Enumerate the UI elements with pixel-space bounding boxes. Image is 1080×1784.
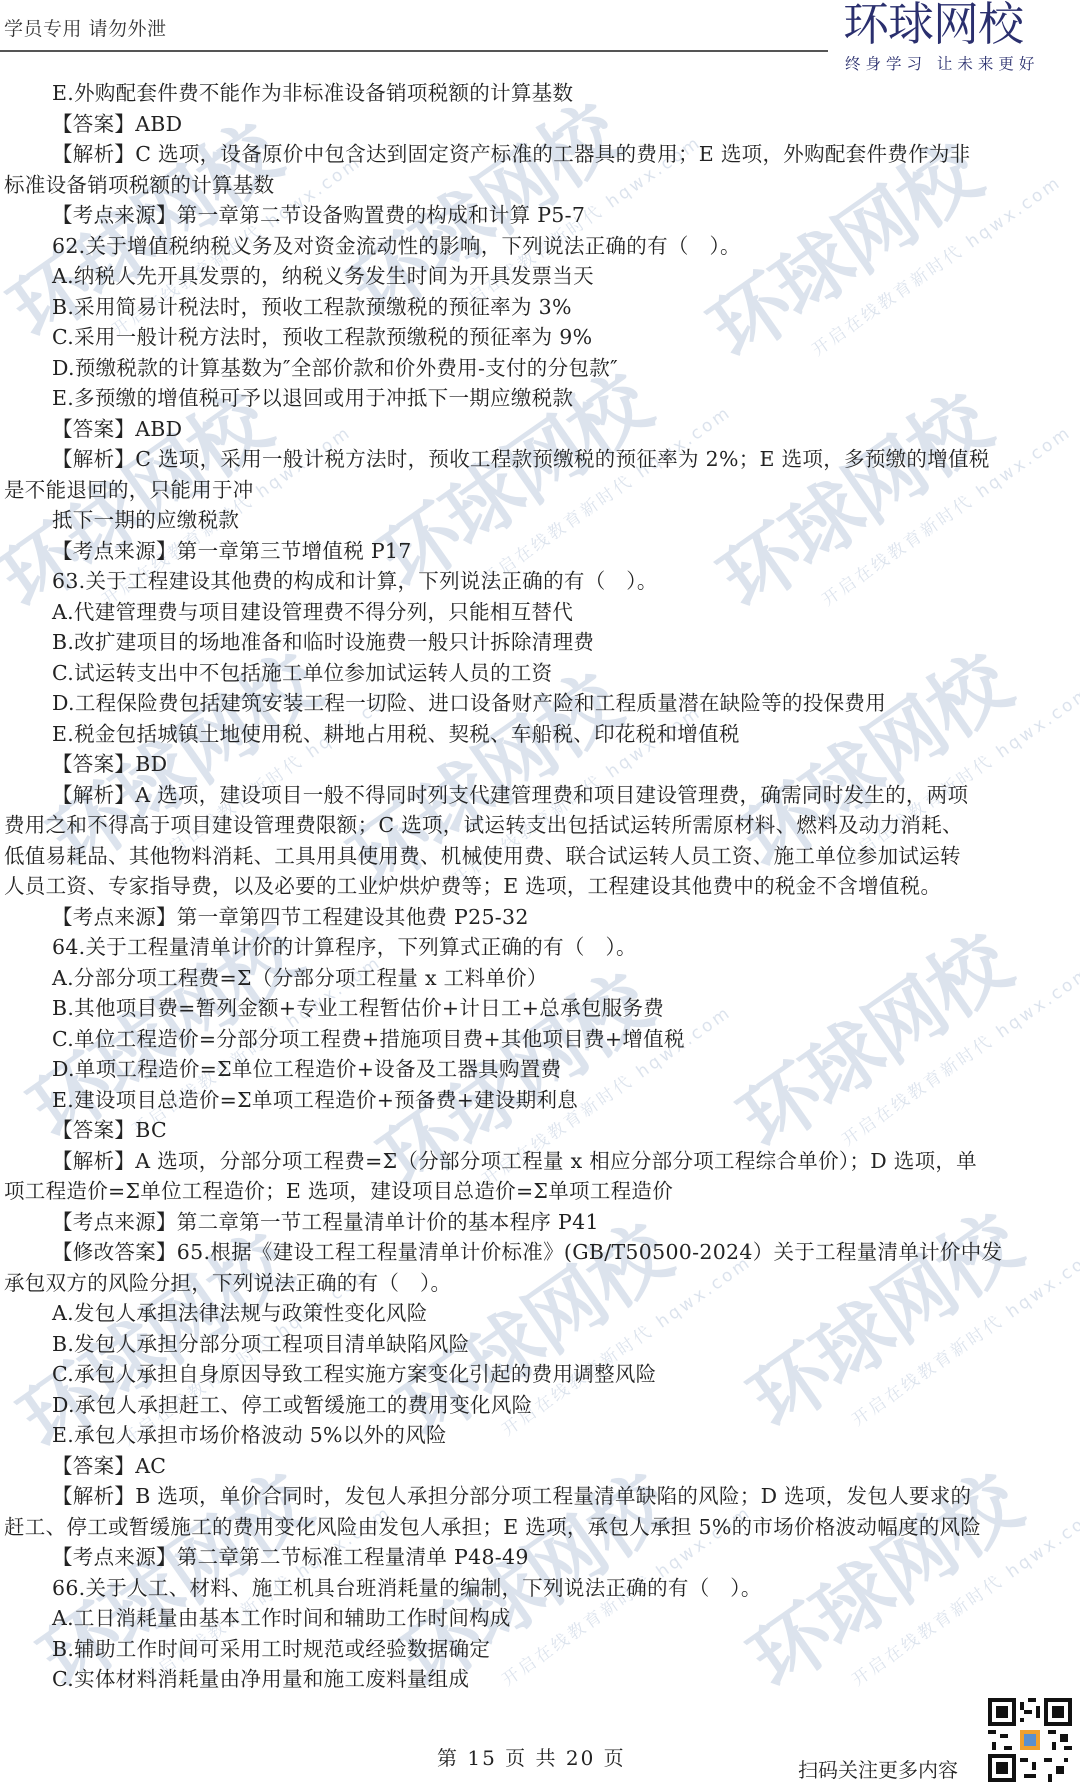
option-line: C.采用一般计税方法时，预收工程款预缴税的预征率为 9%	[0, 322, 1080, 353]
option-line: E.建设项目总造价=Σ单项工程造价+预备费+建设期利息	[0, 1085, 1080, 1116]
option-line: D.承包人承担赶工、停工或暂缓施工的费用变化风险	[0, 1390, 1080, 1421]
question-65: 【修改答案】65.根据《建设工程工程量清单计价标准》(GB/T50500-202…	[0, 1237, 1080, 1268]
scan-prompt: 扫码关注更多内容	[798, 1754, 958, 1783]
document-body: E.外购配套件费不能作为非标准设备销项税额的计算基数 【答案】ABD 【解析】C…	[0, 78, 1080, 1695]
text-line: E.外购配套件费不能作为非标准设备销项税额的计算基数	[0, 78, 1080, 109]
source-line: 【考点来源】第一章第二节设备购置费的构成和计算 P5-7	[0, 200, 1080, 231]
analysis-line: 【解析】C 选项，采用一般计税方法时，预收工程款预缴税的预征率为 2%；E 选项…	[0, 444, 1080, 475]
source-line: 【考点来源】第一章第四节工程建设其他费 P25-32	[0, 902, 1080, 933]
question-66: 66.关于人工、材料、施工机具台班消耗量的编制，下列说法正确的有（ ）。	[0, 1573, 1080, 1604]
answer-line: 【答案】AC	[0, 1451, 1080, 1482]
option-line: B.其他项目费=暂列金额+专业工程暂估价+计日工+总承包服务费	[0, 993, 1080, 1024]
option-line: C.单位工程造价=分部分项工程费+措施项目费+其他项目费+增值税	[0, 1024, 1080, 1055]
question-62: 62.关于增值税纳税义务及对资金流动性的影响，下列说法正确的有（ ）。	[0, 231, 1080, 262]
logo-slogan: 终身学习 让未来更好	[845, 52, 1039, 74]
option-line: B.发包人承担分部分项工程项目清单缺陷风险	[0, 1329, 1080, 1360]
text-line: 费用之和不得高于项目建设管理费限额；C 选项，试运转支出包括试运转所需原材料、燃…	[0, 810, 1080, 841]
text-line: 项工程造价=Σ单位工程造价；E 选项，建设项目总造价=Σ单项工程造价	[0, 1176, 1080, 1207]
option-line: A.代建管理费与项目建设管理费不得分列，只能相互替代	[0, 597, 1080, 628]
option-line: D.单项工程造价=Σ单位工程造价+设备及工器具购置费	[0, 1054, 1080, 1085]
source-line: 【考点来源】第一章第三节增值税 P17	[0, 536, 1080, 567]
option-line: B.改扩建项目的场地准备和临时设施费一般只计拆除清理费	[0, 627, 1080, 658]
text-line: 是不能退回的，只能用于冲	[0, 475, 1080, 506]
answer-line: 【答案】ABD	[0, 414, 1080, 445]
logo-title: 环球网校	[843, 0, 1023, 50]
option-line: C.承包人承担自身原因导致工程实施方案变化引起的费用调整风险	[0, 1359, 1080, 1390]
confidential-notice: 学员专用 请勿外泄	[4, 14, 167, 41]
option-line: E.多预缴的增值税可予以退回或用于冲抵下一期应缴税款	[0, 383, 1080, 414]
answer-line: 【答案】BD	[0, 749, 1080, 780]
option-line: C.试运转支出中不包括施工单位参加试运转人员的工资	[0, 658, 1080, 689]
answer-line: 【答案】ABD	[0, 109, 1080, 140]
option-line: B.辅助工作时间可采用工时规范或经验数据确定	[0, 1634, 1080, 1665]
question-64: 64.关于工程量清单计价的计算程序，下列算式正确的有（ ）。	[0, 932, 1080, 963]
text-line: 标准设备销项税额的计算基数	[0, 170, 1080, 201]
question-63: 63.关于工程建设其他费的构成和计算，下列说法正确的有（ ）。	[0, 566, 1080, 597]
option-line: E.税金包括城镇土地使用税、耕地占用税、契税、车船税、印花税和增值税	[0, 719, 1080, 750]
option-line: A.纳税人先开具发票的，纳税义务发生时间为开具发票当天	[0, 261, 1080, 292]
analysis-line: 【解析】B 选项，单价合同时，发包人承担分部分项工程量清单缺陷的风险；D 选项，…	[0, 1481, 1080, 1512]
option-line: D.工程保险费包括建筑安装工程一切险、进口设备财产险和工程质量潜在缺险等的投保费…	[0, 688, 1080, 719]
page-number: 第 15 页 共 20 页	[437, 1742, 626, 1771]
source-line: 【考点来源】第二章第二节标准工程量清单 P48-49	[0, 1542, 1080, 1573]
option-line: C.实体材料消耗量由净用量和施工废料量组成	[0, 1664, 1080, 1695]
option-line: A.工日消耗量由基本工作时间和辅助工作时间构成	[0, 1603, 1080, 1634]
option-line: B.采用简易计税法时，预收工程款预缴税的预征率为 3%	[0, 292, 1080, 323]
qr-code-icon	[988, 1698, 1072, 1782]
text-line: 赶工、停工或暂缓施工的费用变化风险由发包人承担；E 选项，承包人承担 5%的市场…	[0, 1512, 1080, 1543]
source-line: 【考点来源】第二章第一节工程量清单计价的基本程序 P41	[0, 1207, 1080, 1238]
option-line: D.预缴税款的计算基数为″全部价款和价外费用-支付的分包款″	[0, 353, 1080, 384]
analysis-line: 【解析】A 选项，分部分项工程费=Σ（分部分项工程量 x 相应分部分项工程综合单…	[0, 1146, 1080, 1177]
text-line: 抵下一期的应缴税款	[0, 505, 1080, 536]
brand-logo: 环球网校 终身学习 让未来更好	[843, 0, 1080, 78]
option-line: A.发包人承担法律法规与政策性变化风险	[0, 1298, 1080, 1329]
option-line: E.承包人承担市场价格波动 5%以外的风险	[0, 1420, 1080, 1451]
text-line: 承包双方的风险分担，下列说法正确的有（ ）。	[0, 1268, 1080, 1299]
text-line: 人员工资、专家指导费，以及必要的工业炉烘炉费等；E 选项，工程建设其他费中的税金…	[0, 871, 1080, 902]
header-divider	[0, 50, 828, 52]
analysis-line: 【解析】A 选项，建设项目一般不得同时列支代建管理费和项目建设管理费，确需同时发…	[0, 780, 1080, 811]
option-line: A.分部分项工程费=Σ（分部分项工程量 x 工料单价）	[0, 963, 1080, 994]
text-line: 低值易耗品、其他物料消耗、工具用具使用费、机械使用费、联合试运转人员工资、施工单…	[0, 841, 1080, 872]
answer-line: 【答案】BC	[0, 1115, 1080, 1146]
analysis-line: 【解析】C 选项，设备原价中包含达到固定资产标准的工器具的费用；E 选项，外购配…	[0, 139, 1080, 170]
